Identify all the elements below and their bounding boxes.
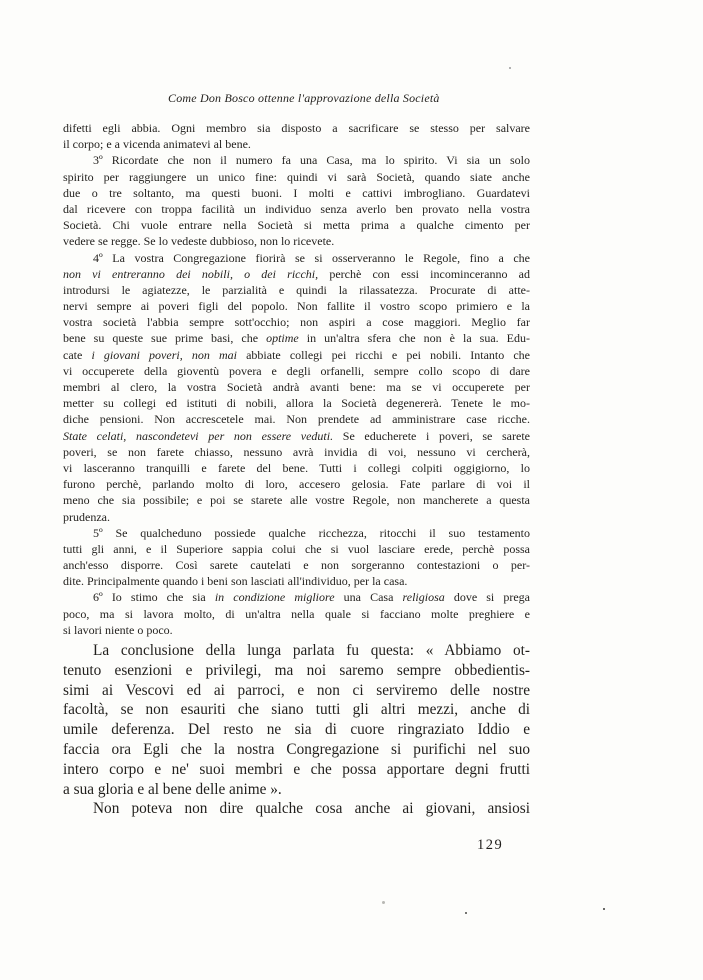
text-segment: furono perchè, parlando molto di loro, a… — [63, 477, 530, 491]
text-segment: tenuto esenzioni e privilegi, ma noi sar… — [63, 662, 530, 679]
text-line: State celati, nascondetevi per non esser… — [63, 428, 530, 444]
text-segment: cate — [63, 348, 91, 362]
italic-segment: i giovani poveri, non mai — [91, 348, 237, 362]
text-segment: poveri, se non farete chiasso, nessuno a… — [63, 445, 530, 459]
text-segment: 4º La vostra Congregazione fiorirà se si… — [93, 251, 530, 265]
text-line: 4º La vostra Congregazione fiorirà se si… — [63, 250, 530, 266]
book-page: Come Don Bosco ottenne l'approvazione de… — [0, 0, 703, 980]
text-line: vi lasceranno tranquilli e farete del be… — [63, 460, 530, 476]
text-line: Non poteva non dire qualche cosa anche a… — [63, 799, 530, 819]
scan-speck — [509, 67, 511, 69]
text-line: vi occuperete della gioventù povera e de… — [63, 363, 530, 379]
text-segment: a sua gloria e al bene delle anime ». — [63, 781, 282, 798]
text-line: umile deferenza. Del resto ne sia di cuo… — [63, 720, 530, 740]
text-line: cate i giovani poveri, non mai abbiate c… — [63, 347, 530, 363]
text-segment: vi occuperete della gioventù povera e de… — [63, 364, 530, 378]
text-line: non vi entreranno dei nobili, o dei ricc… — [63, 266, 530, 282]
italic-segment: religiosa — [403, 590, 445, 604]
italic-segment: State celati, nascondetevi per non esser… — [63, 429, 333, 443]
text-segment: si lavori niente o poco. — [63, 623, 173, 637]
text-segment: Società. Chi vuole entrare nella Società… — [63, 218, 530, 232]
text-line: vedere se regge. Se lo vedeste dubbioso,… — [63, 233, 530, 249]
text-segment: meno che sia possibile; e poi se starete… — [63, 493, 530, 507]
text-segment: facoltà, se non esauriti che siano tutti… — [63, 701, 530, 718]
scan-speck — [603, 908, 605, 910]
text-segment: umile deferenza. Del resto ne sia di cuo… — [63, 721, 530, 738]
text-line: facoltà, se non esauriti che siano tutti… — [63, 700, 530, 720]
text-line: diche pensioni. Non accrescetele mai. No… — [63, 411, 530, 427]
text-line: intero corpo e ne' suoi membri e che pos… — [63, 760, 530, 780]
running-header: Come Don Bosco ottenne l'approvazione de… — [168, 91, 468, 106]
text-segment: Se educherete i poveri, se sarete — [333, 429, 530, 443]
text-line: 6º Io stimo che sia in condizione miglio… — [63, 589, 530, 605]
text-line: metter su collegi ed istituti di nobili,… — [63, 395, 530, 411]
text-segment: dove si prega — [445, 590, 530, 604]
text-line: 3º Ricordate che non il numero fa una Ca… — [63, 152, 530, 168]
text-segment: 3º Ricordate che non il numero fa una Ca… — [93, 153, 530, 167]
text-segment: poco, ma si lavora molto, di un'altra ne… — [63, 607, 530, 621]
text-segment: vedere se regge. Se lo vedeste dubbioso,… — [63, 234, 334, 248]
text-line: 5º Se qualcheduno possiede qualche ricch… — [63, 525, 530, 541]
italic-segment: non vi entreranno dei nobili, o dei ricc… — [63, 267, 318, 281]
text-segment: 6º Io stimo che sia — [93, 590, 215, 604]
text-line: spirito per raggiungere un unico fine: q… — [63, 169, 530, 185]
text-segment: in un'altra sfera che non è la sua. Edu- — [299, 331, 530, 345]
text-line: difetti egli abbia. Ogni membro sia disp… — [63, 120, 530, 136]
text-segment: faccia ora Egli che la nostra Congregazi… — [63, 741, 530, 758]
text-segment: diche pensioni. Non accrescetele mai. No… — [63, 412, 530, 426]
text-segment: introdursi le agiatezze, le parzialità e… — [63, 283, 530, 297]
text-segment: bene su queste sue prime basi, che — [63, 331, 266, 345]
text-line: vostra società l'abbia sempre sott'occhi… — [63, 314, 530, 330]
text-line: due o tre soltanto, ma questi buoni. I m… — [63, 185, 530, 201]
scan-speck — [465, 912, 467, 914]
text-line: nervi sempre ai poveri figli del popolo.… — [63, 298, 530, 314]
main-text-block: La conclusione della lunga parlata fu qu… — [63, 641, 530, 819]
text-line: si lavori niente o poco. — [63, 622, 530, 638]
text-segment: simi ai Vescovi ed ai parroci, e non ci … — [63, 682, 530, 699]
text-line: dal ricevere con troppa facilità un indi… — [63, 201, 530, 217]
text-line: dite. Principalmente quando i beni son l… — [63, 573, 530, 589]
text-line: il corpo; e a vicenda animatevi al bene. — [63, 136, 530, 152]
text-segment: prudenza. — [63, 510, 110, 524]
text-line: La conclusione della lunga parlata fu qu… — [63, 641, 530, 661]
text-segment: anch'esso disporre. Così sarete cautelat… — [63, 558, 530, 572]
text-line: faccia ora Egli che la nostra Congregazi… — [63, 740, 530, 760]
text-segment: Non poteva non dire qualche cosa anche a… — [93, 800, 530, 817]
text-line: bene su queste sue prime basi, che optim… — [63, 330, 530, 346]
text-segment: vi lasceranno tranquilli e farete del be… — [63, 461, 530, 475]
scan-speck — [382, 901, 385, 904]
text-line: tutti gli anni, e il Superiore sappia co… — [63, 541, 530, 557]
text-segment: nervi sempre ai poveri figli del popolo.… — [63, 299, 530, 313]
text-line: poco, ma si lavora molto, di un'altra ne… — [63, 606, 530, 622]
text-segment: vostra società l'abbia sempre sott'occhi… — [63, 315, 530, 329]
text-segment: membri al clero, la vostra Società andrà… — [63, 380, 530, 394]
text-segment: il corpo; e a vicenda animatevi al bene. — [63, 137, 251, 151]
italic-segment: optime — [266, 331, 299, 345]
text-segment: tutti gli anni, e il Superiore sappia co… — [63, 542, 530, 556]
text-segment: abbiate collegi pei ricchi e pei nobili.… — [237, 348, 530, 362]
text-segment: 5º Se qualcheduno possiede qualche ricch… — [93, 526, 530, 540]
text-segment: intero corpo e ne' suoi membri e che pos… — [63, 761, 530, 778]
text-line: a sua gloria e al bene delle anime ». — [63, 780, 530, 800]
text-line: meno che sia possibile; e poi se starete… — [63, 492, 530, 508]
text-line: simi ai Vescovi ed ai parroci, e non ci … — [63, 681, 530, 701]
text-segment: perchè con essi incominceranno ad — [318, 267, 530, 281]
text-line: membri al clero, la vostra Società andrà… — [63, 379, 530, 395]
text-segment: due o tre soltanto, ma questi buoni. I m… — [63, 186, 530, 200]
text-segment: dal ricevere con troppa facilità un indi… — [63, 202, 530, 216]
page-number: 129 — [477, 837, 503, 854]
text-line: furono perchè, parlando molto di loro, a… — [63, 476, 530, 492]
text-segment: difetti egli abbia. Ogni membro sia disp… — [63, 121, 530, 135]
text-segment: La conclusione della lunga parlata fu qu… — [93, 642, 530, 659]
text-line: prudenza. — [63, 509, 530, 525]
text-line: tenuto esenzioni e privilegi, ma noi sar… — [63, 661, 530, 681]
text-line: Società. Chi vuole entrare nella Società… — [63, 217, 530, 233]
text-line: poveri, se non farete chiasso, nessuno a… — [63, 444, 530, 460]
text-segment: una Casa — [335, 590, 403, 604]
text-line: anch'esso disporre. Così sarete cautelat… — [63, 557, 530, 573]
text-segment: spirito per raggiungere un unico fine: q… — [63, 170, 530, 184]
text-segment: metter su collegi ed istituti di nobili,… — [63, 396, 530, 410]
italic-segment: in condizione migliore — [215, 590, 335, 604]
text-line: introdursi le agiatezze, le parzialità e… — [63, 282, 530, 298]
excerpt-block: difetti egli abbia. Ogni membro sia disp… — [63, 120, 530, 638]
text-segment: dite. Principalmente quando i beni son l… — [63, 574, 407, 588]
